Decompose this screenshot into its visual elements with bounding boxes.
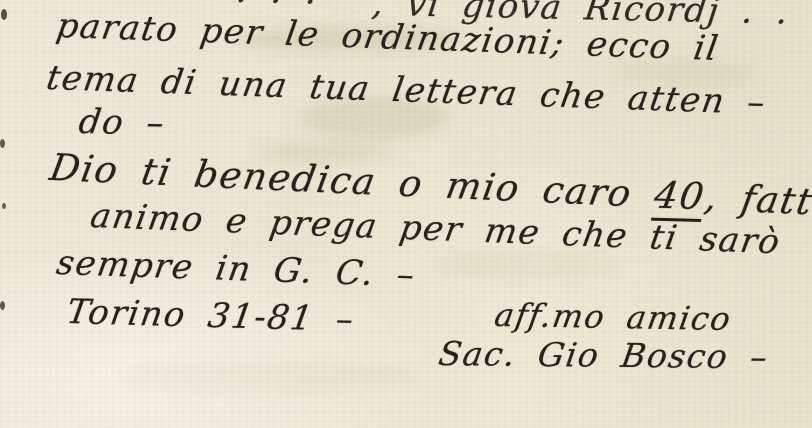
ink-speck bbox=[2, 203, 6, 209]
showthrough-smudge bbox=[120, 360, 420, 394]
letter-date: Torino 31-81 – bbox=[64, 292, 358, 340]
letter-closing: aff.mo amico bbox=[492, 296, 734, 338]
ink-speck bbox=[0, 301, 5, 310]
underlined-number-40: 40 bbox=[651, 174, 708, 222]
letter-page: · · · ' , vi giova Ricordj . . parato pe… bbox=[0, 0, 812, 428]
letter-signature: Sac. Gio Bosco – bbox=[436, 334, 771, 376]
handwriting-line-sempre: sempre in G. C. – bbox=[54, 243, 419, 295]
ink-speck bbox=[0, 139, 5, 148]
handwriting-line-do: do – bbox=[76, 102, 168, 143]
ink-speck bbox=[1, 9, 7, 20]
benedica-text-after: , fatti bbox=[702, 176, 812, 224]
